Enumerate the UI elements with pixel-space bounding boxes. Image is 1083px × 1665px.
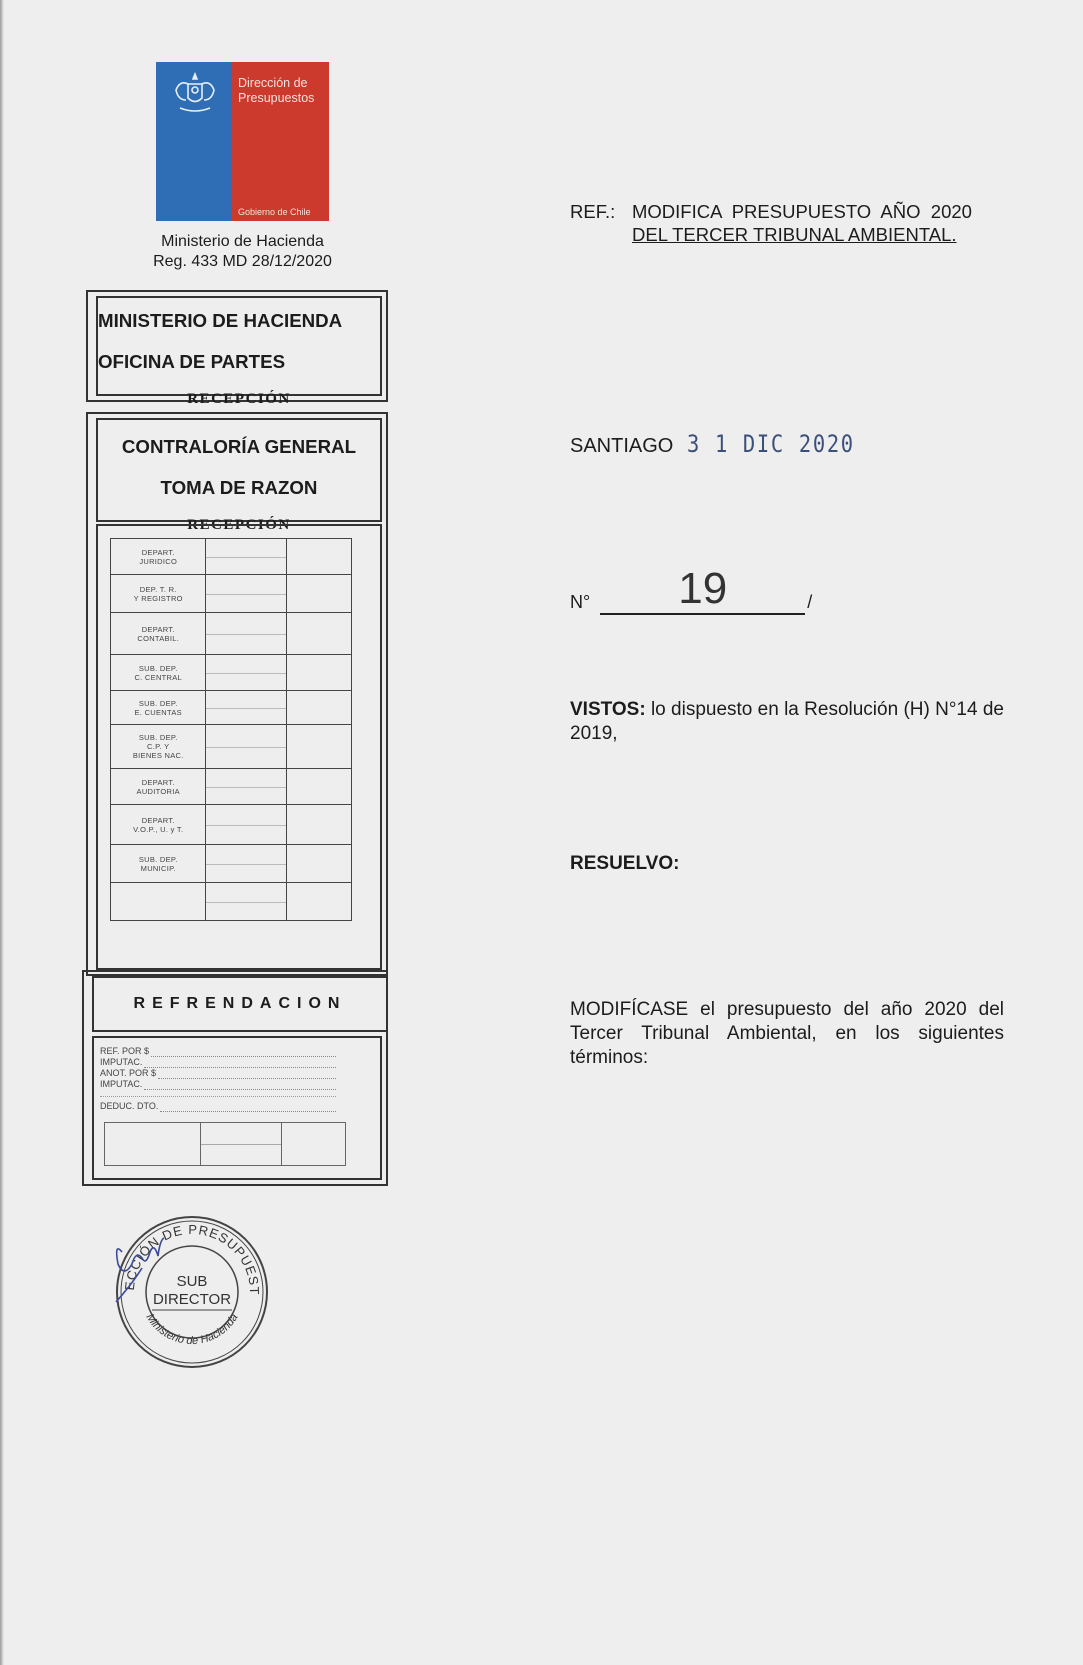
department-row: SUB. DEP.E. CUENTAS xyxy=(111,691,352,725)
vistos-paragraph: VISTOS: lo dispuesto en la Resolución (H… xyxy=(570,698,1004,746)
department-label: SUB. DEP.MUNICIP. xyxy=(111,845,206,883)
department-table: DEPART.JURIDICODEP. T. R.Y REGISTRODEPAR… xyxy=(110,538,352,921)
department-cell-mid xyxy=(206,691,286,725)
scan-edge-shadow xyxy=(0,0,4,1665)
logo-blue-panel xyxy=(156,62,232,221)
reference-block: REF.: MODIFICA PRESUPUESTO AÑO 2020 DEL … xyxy=(570,200,972,246)
department-row: DEPART.CONTABIL. xyxy=(111,613,352,655)
dotted-line xyxy=(144,1059,336,1068)
hacienda-title-line1: MINISTERIO DE HACIENDA xyxy=(98,310,380,332)
reference-label: REF.: xyxy=(570,200,632,223)
department-cell-right xyxy=(286,691,351,725)
ref-line-label: REF. POR $ xyxy=(100,1046,149,1057)
department-label xyxy=(111,883,206,921)
date-stamp: 3 1 DIC 2020 xyxy=(687,430,855,458)
department-cell-right xyxy=(286,655,351,691)
department-label: SUB. DEP.C.P. YBIENES NAC. xyxy=(111,725,206,769)
place-date: SANTIAGO 3 1 DIC 2020 xyxy=(570,430,885,458)
department-cell-right xyxy=(286,575,351,613)
logo-title: Dirección de Presupuestos xyxy=(238,76,314,106)
hacienda-reception-inner: MINISTERIO DE HACIENDA OFICINA DE PARTES… xyxy=(96,296,382,396)
department-label: SUB. DEP.C. CENTRAL xyxy=(111,655,206,691)
department-grid: DEPART.JURIDICODEP. T. R.Y REGISTRODEPAR… xyxy=(96,524,382,970)
department-label: DEPART.JURIDICO xyxy=(111,539,206,575)
department-label: DEPART.V.O.P., U. y T. xyxy=(111,805,206,845)
ministry-name: Ministerio de Hacienda xyxy=(130,232,355,252)
department-row: SUB. DEP.C.P. YBIENES NAC. xyxy=(111,725,352,769)
ref-line: IMPUTAC. xyxy=(100,1057,336,1068)
logo-title-line2: Presupuestos xyxy=(238,91,314,106)
logo-title-line1: Dirección de xyxy=(238,76,314,91)
department-row xyxy=(111,883,352,921)
ref-line-label: ANOT. POR $ xyxy=(100,1068,156,1079)
number-label: N° xyxy=(570,592,590,615)
city: SANTIAGO xyxy=(570,435,673,458)
registry-number: Reg. 433 MD 28/12/2020 xyxy=(130,252,355,272)
department-cell-mid xyxy=(206,613,286,655)
ref-cell xyxy=(105,1123,201,1166)
department-cell-right xyxy=(286,805,351,845)
department-cell-mid xyxy=(206,655,286,691)
department-cell-right xyxy=(286,845,351,883)
department-cell-right xyxy=(286,883,351,921)
department-label: SUB. DEP.E. CUENTAS xyxy=(111,691,206,725)
ref-cell xyxy=(282,1123,346,1166)
department-cell-right xyxy=(286,539,351,575)
hacienda-reception-label: RECEPCIÓN xyxy=(98,391,380,408)
dotted-line xyxy=(100,1090,336,1097)
refrendacion-header: REFRENDACION xyxy=(92,976,386,1032)
department-cell-right xyxy=(286,613,351,655)
modificase-paragraph: MODIFÍCASE el presupuesto del año 2020 d… xyxy=(570,998,1004,1070)
hacienda-reception-stamp: MINISTERIO DE HACIENDA OFICINA DE PARTES… xyxy=(86,290,388,402)
hacienda-title-line2: OFICINA DE PARTES xyxy=(98,351,380,373)
contraloria-header: CONTRALORÍA GENERAL TOMA DE RAZON RECEPC… xyxy=(96,418,382,522)
department-cell-mid xyxy=(206,575,286,613)
resolution-number: N° 19 / xyxy=(570,565,812,615)
department-cell-mid xyxy=(206,883,286,921)
refrendacion-stamp: REFRENDACION REF. POR $ IMPUTAC. ANOT. P… xyxy=(82,970,388,1186)
refrendacion-table xyxy=(104,1122,346,1166)
ministry-registry: Ministerio de Hacienda Reg. 433 MD 28/12… xyxy=(130,232,355,272)
refrendacion-title: REFRENDACION xyxy=(134,995,347,1013)
dotted-line xyxy=(158,1070,336,1079)
department-label: DEPART.CONTABIL. xyxy=(111,613,206,655)
department-cell-mid xyxy=(206,845,286,883)
resuelvo-heading: RESUELVO: xyxy=(570,852,1004,876)
department-label: DEP. T. R.Y REGISTRO xyxy=(111,575,206,613)
department-row: SUB. DEP.MUNICIP. xyxy=(111,845,352,883)
department-cell-mid xyxy=(206,805,286,845)
refrendacion-lines: REF. POR $ IMPUTAC. ANOT. POR $ IMPUTAC.… xyxy=(100,1046,336,1112)
number-suffix: / xyxy=(807,592,812,615)
contraloria-title-line2: TOMA DE RAZON xyxy=(98,477,380,499)
refrendacion-body: REF. POR $ IMPUTAC. ANOT. POR $ IMPUTAC.… xyxy=(92,1036,382,1180)
reference-line1: MODIFICA PRESUPUESTO AÑO 2020 xyxy=(632,200,972,223)
department-label: DEPART.AUDITORIA xyxy=(111,769,206,805)
department-row: DEPART.JURIDICO xyxy=(111,539,352,575)
logo-subtitle: Gobierno de Chile xyxy=(238,207,311,217)
ref-line-label: IMPUTAC. xyxy=(100,1057,142,1068)
department-row: DEPART.V.O.P., U. y T. xyxy=(111,805,352,845)
svg-text:SUB: SUB xyxy=(177,1273,208,1290)
vistos-label: VISTOS: xyxy=(570,699,646,720)
department-cell-right xyxy=(286,725,351,769)
ref-line: ANOT. POR $ xyxy=(100,1068,336,1079)
direccion-presupuestos-logo: Dirección de Presupuestos Gobierno de Ch… xyxy=(156,62,329,221)
department-row: DEP. T. R.Y REGISTRO xyxy=(111,575,352,613)
chile-coat-of-arms-icon xyxy=(170,70,220,116)
contraloria-title-line1: CONTRALORÍA GENERAL xyxy=(98,436,380,458)
number-value: 19 xyxy=(600,565,805,615)
sub-director-seal-icon: DIRECCIÓN DE PRESUPUESTOS Ministerio de … xyxy=(112,1212,272,1372)
contraloria-reception-stamp: CONTRALORÍA GENERAL TOMA DE RAZON RECEPC… xyxy=(86,412,388,976)
deduc-label: DEDUC. DTO. xyxy=(100,1101,158,1112)
department-cell-mid xyxy=(206,725,286,769)
ref-line: REF. POR $ xyxy=(100,1046,336,1057)
logo-red-panel: Dirección de Presupuestos Gobierno de Ch… xyxy=(232,62,329,221)
reference-line2: DEL TERCER TRIBUNAL AMBIENTAL. xyxy=(570,223,972,246)
department-cell-mid xyxy=(206,539,286,575)
department-cell-right xyxy=(286,769,351,805)
dotted-line xyxy=(144,1081,336,1090)
dotted-line xyxy=(151,1048,336,1057)
ref-line: DEDUC. DTO. xyxy=(100,1101,336,1112)
department-row: DEPART.AUDITORIA xyxy=(111,769,352,805)
ref-line: IMPUTAC. xyxy=(100,1079,336,1090)
dotted-line xyxy=(160,1103,336,1112)
ref-line-label: IMPUTAC. xyxy=(100,1079,142,1090)
svg-text:Ministerio de Hacienda: Ministerio de Hacienda xyxy=(143,1312,240,1347)
ref-cell xyxy=(201,1123,282,1166)
department-cell-mid xyxy=(206,769,286,805)
department-row: SUB. DEP.C. CENTRAL xyxy=(111,655,352,691)
svg-text:DIRECTOR: DIRECTOR xyxy=(153,1291,231,1308)
